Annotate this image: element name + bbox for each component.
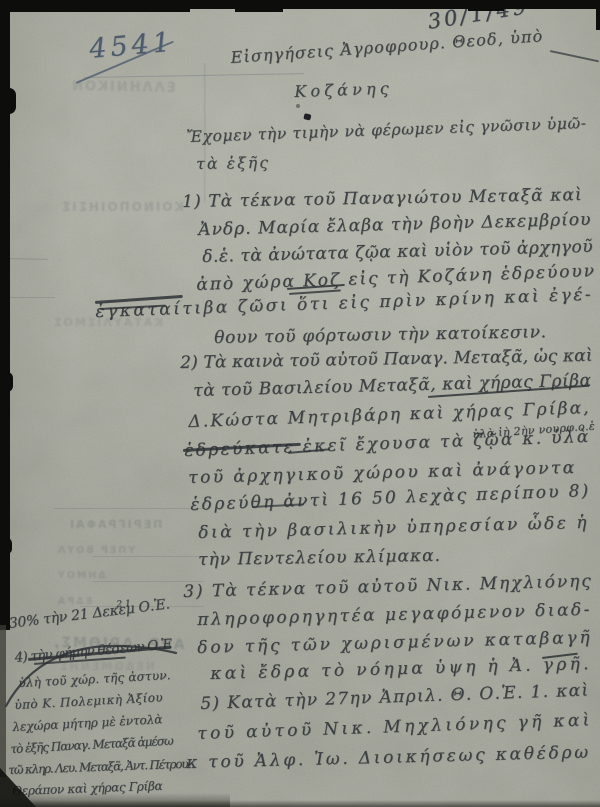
scan-edge-notch-2 — [0, 372, 13, 392]
scan-edge-notch-1 — [0, 88, 16, 114]
scan-edge-bump-1 — [235, 9, 283, 12]
form-rule-3 — [54, 508, 204, 509]
scan-edge-left-lower — [0, 625, 6, 777]
scan-edge-top-left — [0, 0, 190, 12]
bleed-perigrafai: ΠΕΡΙΓΡΑΦΑΙ — [68, 518, 162, 531]
scan-edge-bump-2 — [468, 9, 504, 11]
bleed-dimou: ΔΗΜΟΥ — [56, 570, 106, 581]
intro-line-2: τὰ ἑξῆς — [196, 154, 270, 173]
form-rule-4 — [92, 556, 204, 557]
scan-edge-bottom-left — [0, 793, 230, 807]
bleed-ellinikon: ΕΛΛΗΝΙΚΟΝ — [70, 79, 176, 96]
scan-edge-right — [596, 0, 600, 30]
title-line-2: Κοζάνης — [294, 79, 393, 101]
bleed-koinopoiisis: ΚΟΙΝΟΠΟΙΗΣΙΣ — [60, 200, 184, 214]
ink-dot — [296, 104, 300, 108]
item2-line-8: τὴν Πεντελείου κλίμακα. — [198, 546, 441, 570]
scanned-manuscript-page: ΕΛΛΗΝΙΚΟΝΚΟΙΝΟΠΟΙΗΣΙΣΚΑΤΑΥΛΙΣΜΟΣΠΕΡΙΓΡΑΦ… — [0, 0, 600, 807]
bleed-yper-voul: ΥΠΕΡ ΒΟΥΛ — [56, 545, 135, 556]
margin-superscript: 21 — [116, 598, 134, 609]
scan-edge-notch-3 — [0, 538, 12, 554]
